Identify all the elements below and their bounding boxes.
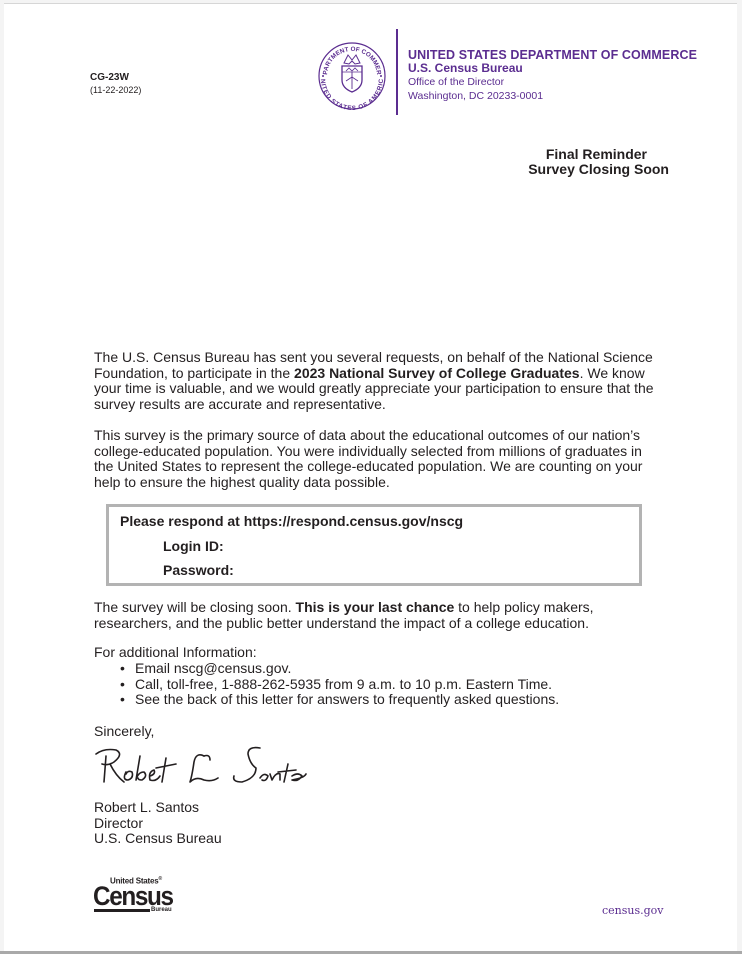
logo-bar xyxy=(94,909,150,912)
closing-salutation: Sincerely, xyxy=(94,723,154,739)
svg-text:DEPARTMENT OF COMMERCE: DEPARTMENT OF COMMERCE xyxy=(317,41,382,76)
signer-name: Robert L. Santos xyxy=(94,800,222,816)
department-of-commerce-seal-icon: DEPARTMENT OF COMMERCE UNITED STATES OF … xyxy=(317,41,387,111)
form-date: (11-22-2022) xyxy=(90,85,141,95)
last-chance-emphasis: This is your last chance xyxy=(296,599,455,615)
department-name: UNITED STATES DEPARTMENT OF COMMERCE xyxy=(408,48,697,62)
census-bureau-logo: United States® Census Bureau xyxy=(93,876,177,916)
contact-list: Email nscg@census.gov. Call, toll-free, … xyxy=(120,661,559,708)
list-item-phone: Call, toll-free, 1-888-262-5935 from 9 a… xyxy=(120,677,559,693)
signer-organization: U.S. Census Bureau xyxy=(94,831,222,847)
logo-bureau: Bureau xyxy=(151,907,172,913)
additional-info-heading: For additional Information: xyxy=(94,645,654,661)
header-divider xyxy=(396,29,398,115)
list-item-faq: See the back of this letter for answers … xyxy=(120,692,559,708)
form-number: CG-23W xyxy=(90,72,129,83)
website-link[interactable]: census.gov xyxy=(602,904,664,917)
respond-url[interactable]: Please respond at https://respond.census… xyxy=(120,513,463,529)
signer-block: Robert L. Santos Director U.S. Census Bu… xyxy=(94,800,222,847)
closing-text: The survey will be closing soon. xyxy=(94,599,296,615)
office-name: Office of the Director xyxy=(408,75,697,89)
letter-title: Final Reminder Survey Closing Soon xyxy=(509,147,669,177)
agency-block: UNITED STATES DEPARTMENT OF COMMERCE U.S… xyxy=(408,48,697,103)
bureau-name: U.S. Census Bureau xyxy=(408,62,697,75)
password-label: Password: xyxy=(163,562,234,578)
login-id-label: Login ID: xyxy=(163,538,224,554)
list-item-email[interactable]: Email nscg@census.gov. xyxy=(120,661,559,677)
closing-soon-paragraph: The survey will be closing soon. This is… xyxy=(94,600,654,631)
survey-name: 2023 National Survey of College Graduate… xyxy=(294,365,580,381)
respond-box: Please respond at https://respond.census… xyxy=(106,504,642,586)
letter-page: CG-23W (11-22-2022) DEPARTMENT OF COMMER… xyxy=(4,3,737,951)
office-address: Washington, DC 20233-0001 xyxy=(408,89,697,103)
survey-purpose-paragraph: This survey is the primary source of dat… xyxy=(94,428,654,490)
signer-title: Director xyxy=(94,816,222,832)
title-line-2: Survey Closing Soon xyxy=(509,162,669,177)
handwritten-signature-icon xyxy=(92,742,307,792)
title-line-1: Final Reminder xyxy=(509,147,669,162)
intro-paragraph: The U.S. Census Bureau has sent you seve… xyxy=(94,350,654,412)
